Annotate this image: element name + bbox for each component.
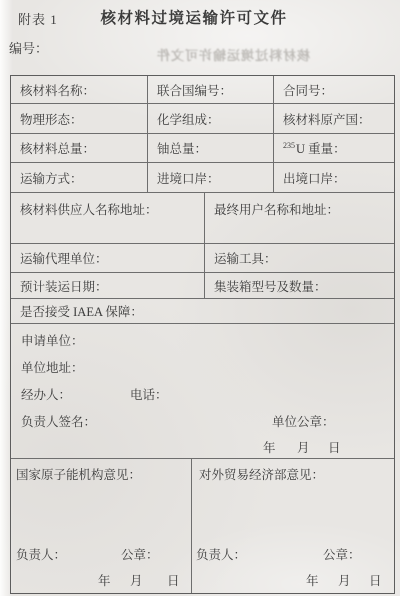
date-year-label: 年 (98, 571, 111, 589)
field-container-type-qty: 集装箱型号及数量： (204, 273, 394, 298)
field-transport-mode: 运输方式： (11, 163, 147, 192)
date-month-label: 月 (338, 571, 351, 589)
field-applicant-unit: 申请单位： (21, 331, 84, 349)
field-transport-agent: 运输代理单位： (11, 244, 204, 272)
field-un-number: 联合国编号： (147, 76, 273, 103)
field-phone: 电话： (130, 385, 168, 403)
scanned-form-page: 核材料过境运输许可文件 附表 1 核材料过境运输许可文件 编号： 核材料名称： … (0, 0, 400, 596)
field-unit-address: 单位地址： (21, 358, 84, 376)
table-row: 预计装运日期： 集装箱型号及数量： (11, 272, 394, 298)
date-month-label: 月 (130, 571, 143, 589)
date-day-label: 日 (167, 571, 180, 589)
table-row: 是否接受 IAEA 保障： (11, 298, 394, 323)
table-row: 核材料名称： 联合国编号： 合同号： (11, 76, 394, 103)
field-supplier-name-address: 核材料供应人名称地址： (11, 193, 204, 243)
serial-number-label: 编号： (9, 38, 48, 57)
date-day-label: 日 (369, 571, 382, 589)
table-row-approvals: 国家原子能机构意见： 负责人： 公章： 年 月 日 对外贸易经济部意见： 负责人… (11, 458, 394, 593)
date-day-label: 日 (328, 438, 341, 456)
table-row: 运输代理单位： 运输工具： (11, 243, 394, 272)
field-transport-vehicle: 运输工具： (204, 244, 394, 272)
field-responsible: 负责人： (196, 545, 246, 563)
field-contract-number: 合同号： (273, 76, 394, 103)
date-year-label: 年 (306, 571, 319, 589)
field-exit-port: 出境口岸： (273, 163, 394, 192)
field-end-user-name-address: 最终用户名称和地址： (204, 193, 394, 243)
date-year-label: 年 (263, 438, 276, 456)
caea-approval-cell: 国家原子能机构意见： 负责人： 公章： 年 月 日 (11, 459, 191, 593)
field-caea-opinion: 国家原子能机构意见： (16, 465, 141, 483)
bleed-through-text: 核材料过境运输许可文件 (150, 45, 310, 64)
table-row: 核材料供应人名称地址： 最终用户名称和地址： (11, 192, 394, 243)
field-handler: 经办人： (21, 385, 71, 403)
table-row-applicant: 申请单位： 单位地址： 经办人： 电话： 负责人签名： 单位公章： 年 月 日 (11, 323, 394, 458)
table-row: 物理形态： 化学组成： 核材料原产国： (11, 103, 394, 133)
table-row: 核材料总量： 铀总量： 235U 重量： (11, 133, 394, 162)
field-shipping-date: 预计装运日期： (11, 273, 204, 298)
field-entry-port: 进境口岸： (147, 163, 273, 192)
field-material-name: 核材料名称： (11, 76, 147, 103)
u235-label: U 重量： (296, 142, 346, 156)
page-title: 核材料过境运输许可文件 (0, 6, 388, 28)
field-total-material: 核材料总量： (11, 134, 147, 162)
permit-form-table: 核材料名称： 联合国编号： 合同号： 物理形态： 化学组成： 核材料原产国： 核… (10, 75, 395, 594)
moftec-approval-cell: 对外贸易经济部意见： 负责人： 公章： 年 月 日 (191, 459, 394, 593)
field-responsible-signature: 负责人签名： (21, 412, 96, 430)
field-physical-form: 物理形态： (11, 104, 147, 133)
date-month-label: 月 (297, 438, 310, 456)
table-row: 运输方式： 进境口岸： 出境口岸： (11, 162, 394, 192)
field-total-uranium: 铀总量： (147, 134, 273, 162)
field-u235-weight: 235U 重量： (273, 134, 394, 162)
field-seal: 公章： (121, 545, 159, 563)
field-moftec-opinion: 对外贸易经济部意见： (199, 465, 324, 483)
field-country-of-origin: 核材料原产国： (273, 104, 394, 133)
u235-superscript: 235 (283, 141, 295, 150)
applicant-block-cell: 申请单位： 单位地址： 经办人： 电话： 负责人签名： 单位公章： 年 月 日 (11, 324, 394, 458)
field-chemical-composition: 化学组成： (147, 104, 273, 133)
field-unit-seal: 单位公章： (272, 412, 335, 430)
field-iaea-safeguards: 是否接受 IAEA 保障： (11, 299, 394, 323)
field-responsible: 负责人： (16, 545, 66, 563)
field-seal: 公章： (323, 545, 361, 563)
